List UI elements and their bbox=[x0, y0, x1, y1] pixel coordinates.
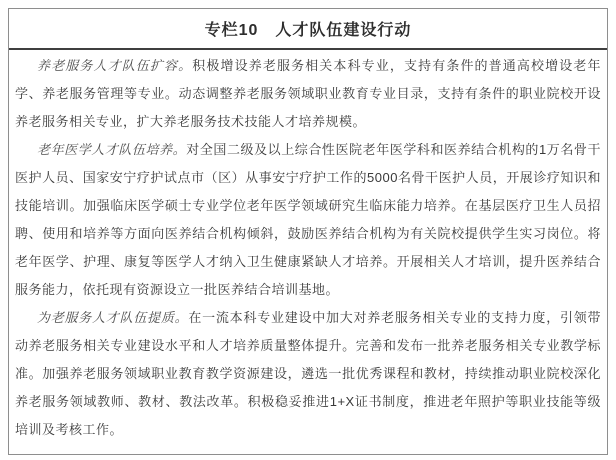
paragraph-elderly-service-talent-quality: 为老服务人才队伍提质。在一流本科专业建设中加大对养老服务相关专业的支持力度，引领… bbox=[15, 304, 601, 444]
column-body: 养老服务人才队伍扩容。积极增设养老服务相关本科专业，支持有条件的普通高校增设老年… bbox=[9, 50, 607, 444]
paragraph-elderly-service-talent-expansion: 养老服务人才队伍扩容。积极增设养老服务相关本科专业，支持有条件的普通高校增设老年… bbox=[15, 52, 601, 136]
paragraph-text-training: 对全国二级及以上综合性医院老年医学科和医养结合机构的1万名骨干医护人员、国家安宁… bbox=[15, 142, 601, 297]
column-box: 专栏10 人才队伍建设行动 养老服务人才队伍扩容。积极增设养老服务相关本科专业，… bbox=[8, 8, 608, 455]
document-page: 专栏10 人才队伍建设行动 养老服务人才队伍扩容。积极增设养老服务相关本科专业，… bbox=[0, 0, 616, 460]
paragraph-text-quality: 在一流本科专业建设中加大对养老服务相关专业的支持力度，引领带动养老服务相关专业建… bbox=[15, 310, 601, 437]
column-title-bar: 专栏10 人才队伍建设行动 bbox=[9, 9, 607, 50]
column-title: 专栏10 人才队伍建设行动 bbox=[205, 17, 412, 40]
paragraph-lead-expansion: 养老服务人才队伍扩容。 bbox=[37, 58, 192, 73]
paragraph-lead-training: 老年医学人才队伍培养。 bbox=[37, 142, 186, 157]
paragraph-lead-quality: 为老服务人才队伍提质。 bbox=[37, 310, 188, 325]
paragraph-geriatric-medicine-talent-training: 老年医学人才队伍培养。对全国二级及以上综合性医院老年医学科和医养结合机构的1万名… bbox=[15, 136, 601, 304]
